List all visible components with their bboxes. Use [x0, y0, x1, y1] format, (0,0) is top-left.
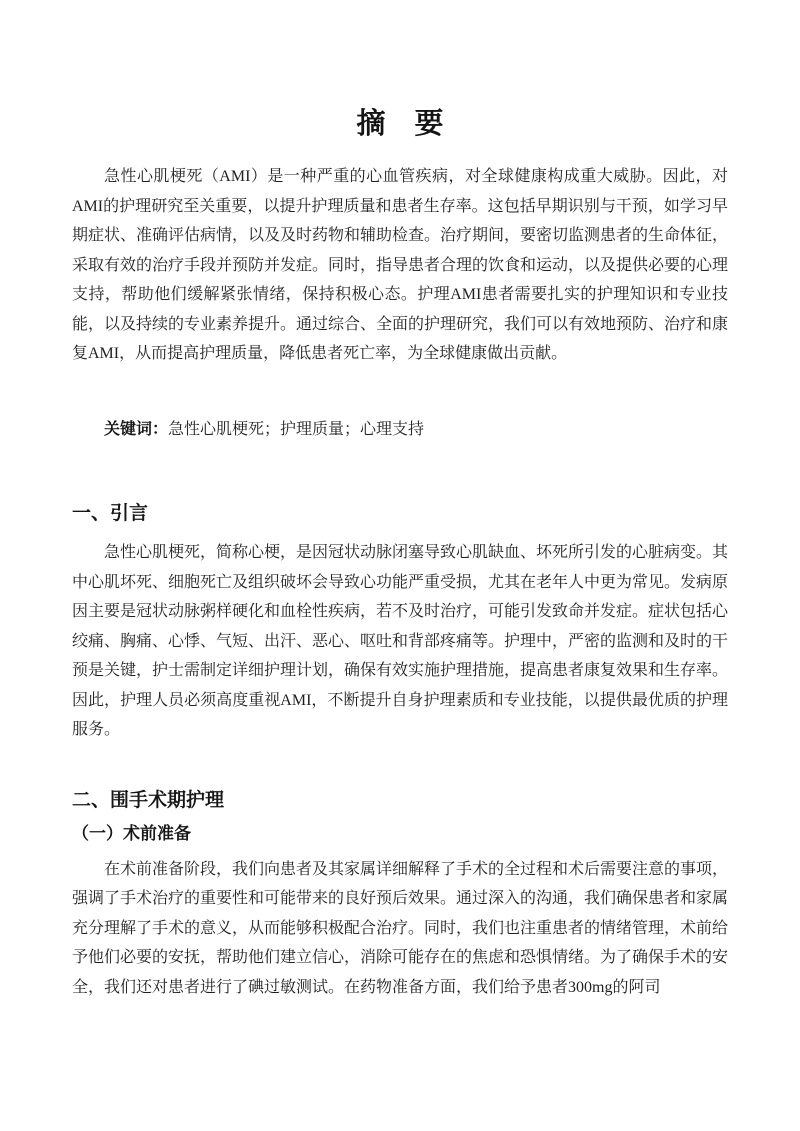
page-content: 摘 要 急性心肌梗死（AMI）是一种严重的心血管疾病，对全球健康构成重大威胁。因… — [72, 0, 728, 1002]
keywords-text: 急性心肌梗死；护理质量；心理支持 — [168, 421, 424, 438]
document-page: 摘 要 急性心肌梗死（AMI）是一种严重的心血管疾病，对全球健康构成重大威胁。因… — [0, 0, 800, 1131]
introduction-paragraph: 急性心肌梗死，简称心梗，是因冠状动脉闭塞导致心肌缺血、坏死所引发的心脏病变。其中… — [72, 538, 728, 745]
abstract-paragraph: 急性心肌梗死（AMI）是一种严重的心血管疾病，对全球健康构成重大威胁。因此，对A… — [72, 162, 728, 369]
page-title: 摘 要 — [72, 0, 728, 144]
keywords-line: 关键词：急性心肌梗死；护理质量；心理支持 — [72, 415, 728, 445]
section-heading-introduction: 一、引言 — [72, 500, 728, 528]
keywords-label: 关键词： — [104, 421, 168, 438]
section-heading-perioperative-care: 二、围手术期护理 — [72, 787, 728, 815]
preoperative-preparation-paragraph: 在术前准备阶段，我们向患者及其家属详细解释了手术的全过程和术后需要注意的事项，强… — [72, 855, 728, 1003]
subsection-heading-preoperative-preparation: （一）术前准备 — [72, 821, 728, 847]
